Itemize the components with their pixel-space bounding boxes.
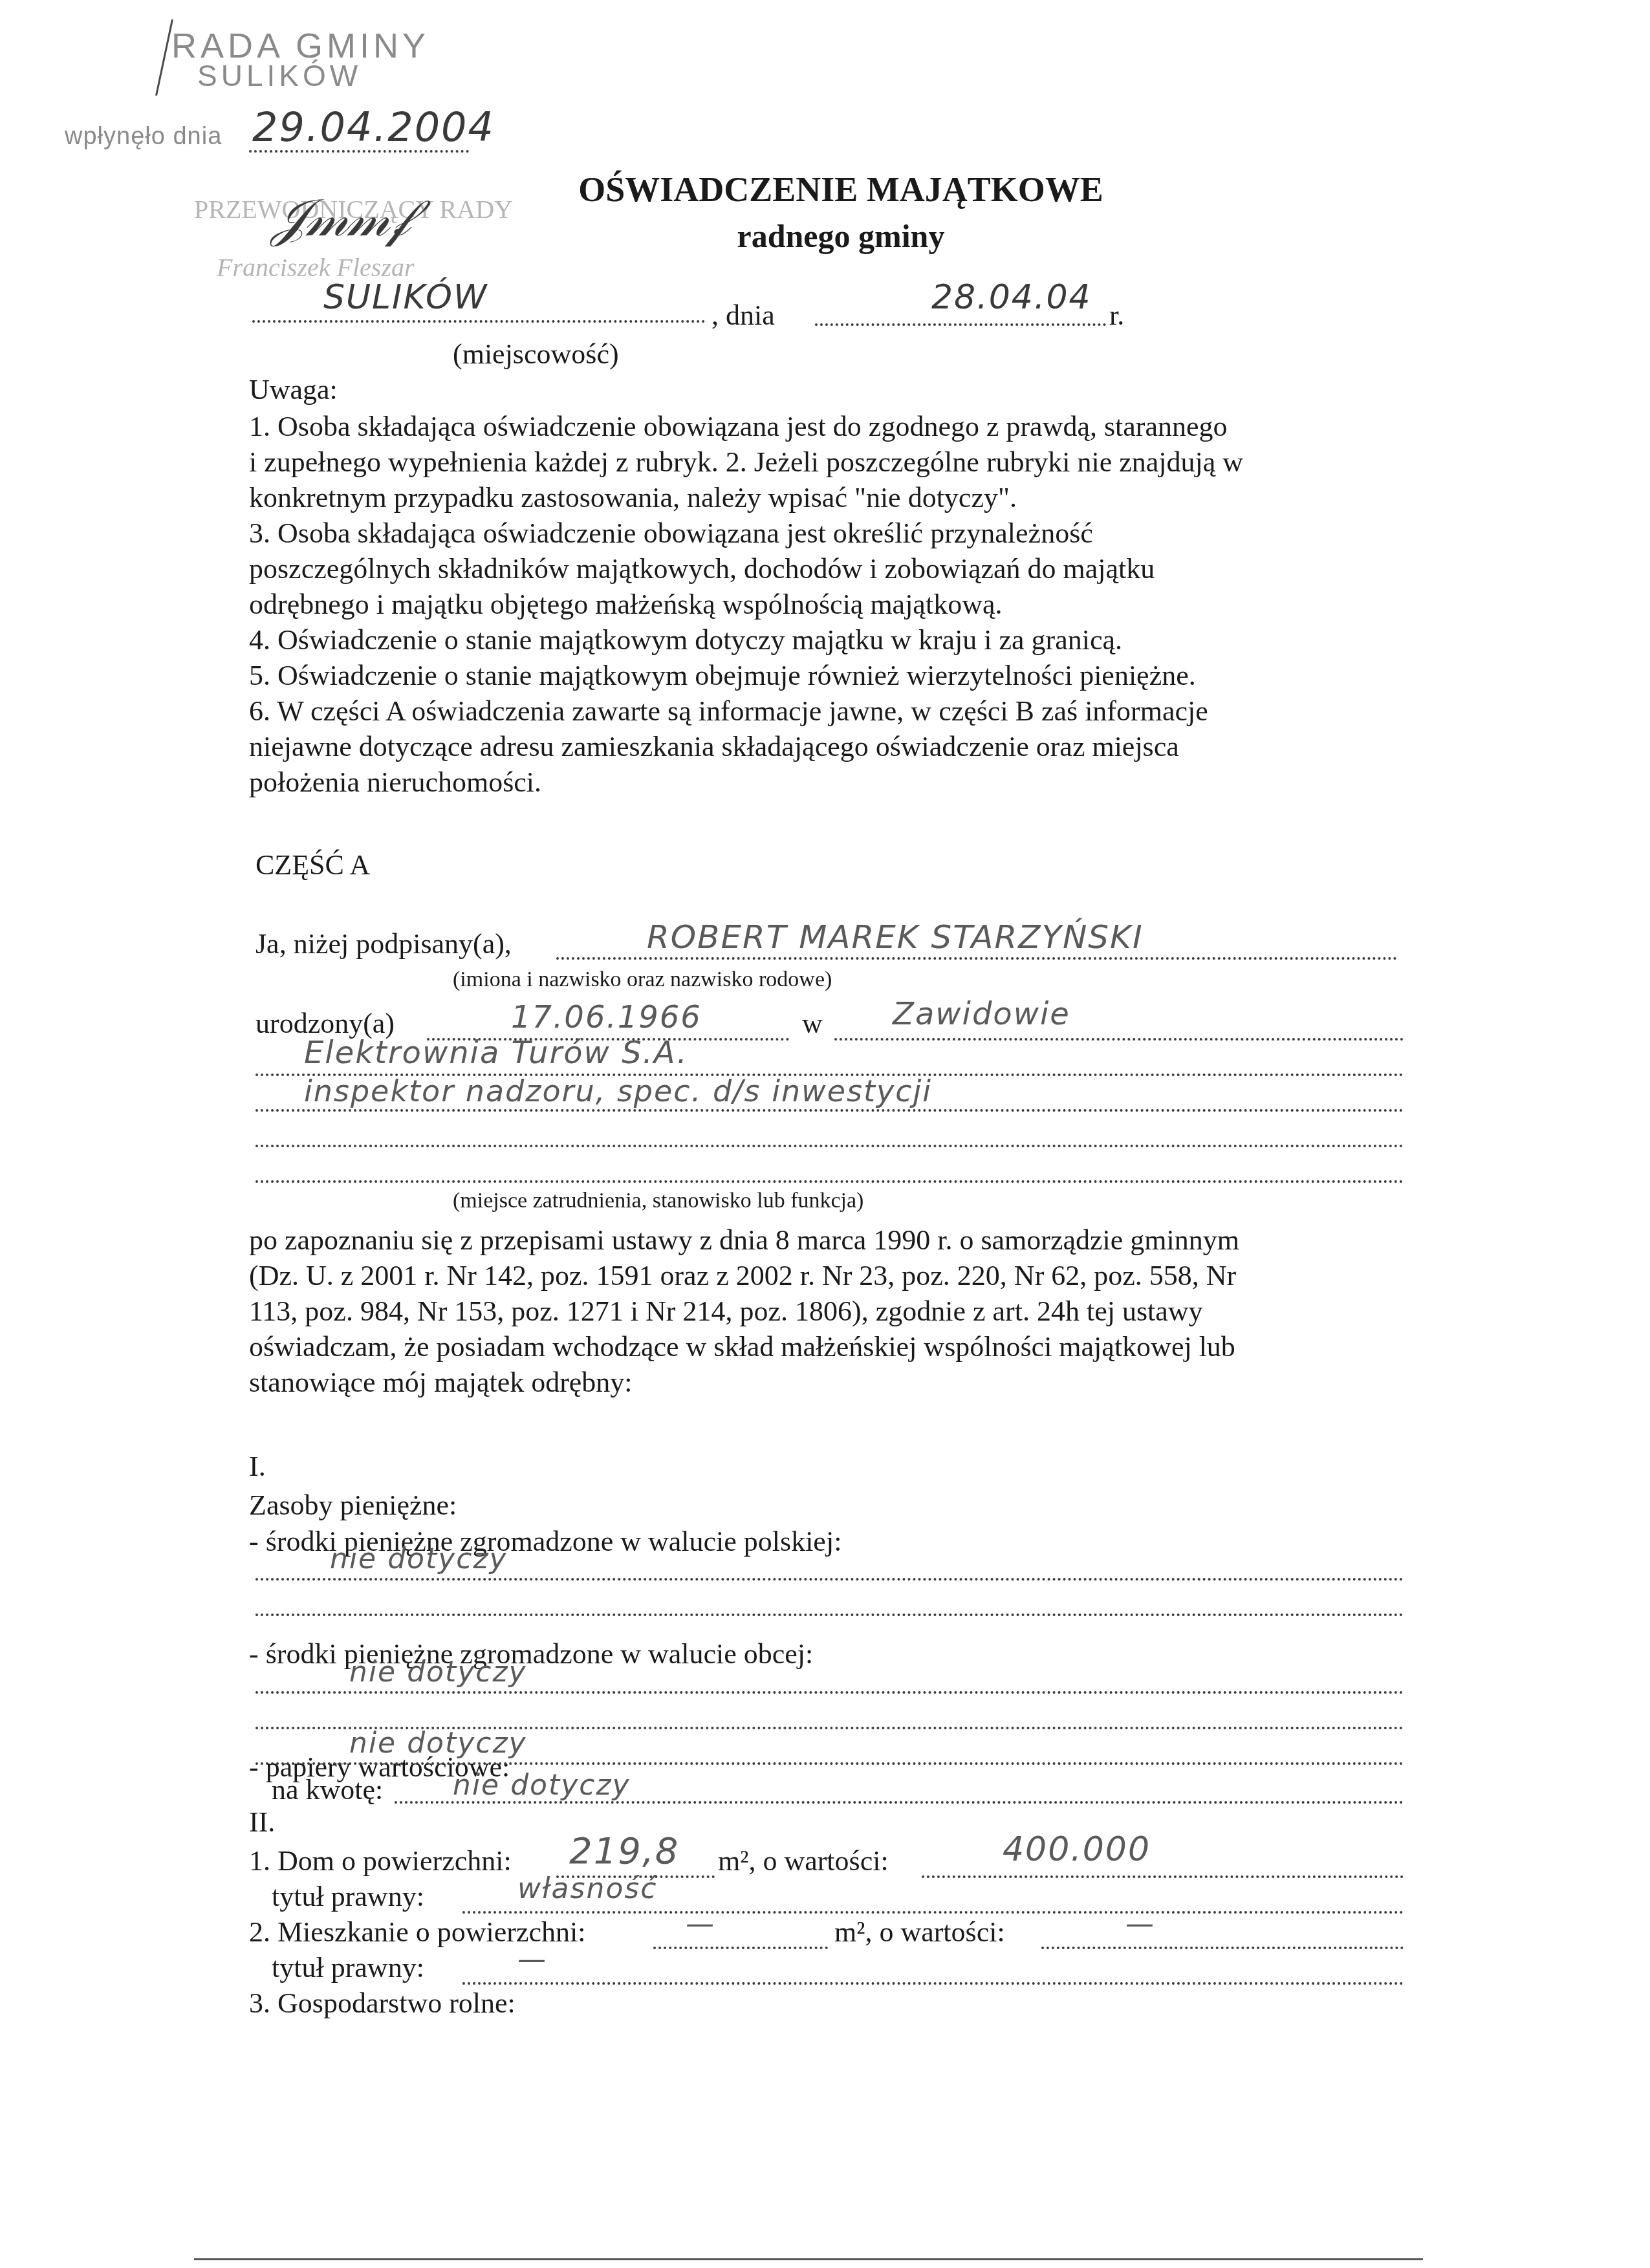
flat-title-value: — [517,1943,547,1976]
amount-label: na kwotę: [272,1772,383,1808]
chair-signature: 𝒥𝓂𝓂𝒻 [272,188,408,248]
date-label: , dnia [711,297,775,333]
employment-value-2: inspektor nadzoru, spec. d/s inwestycji [304,1074,932,1108]
pln-line-2 [255,1614,1404,1616]
house-title-label: tytuł prawny: [272,1879,424,1914]
legal-line: oświadczam, że posiadam wchodzące w skła… [249,1329,1433,1365]
note-line: odrębnego i majątku objętego małżeńską w… [249,587,1433,622]
farm-label: 3. Gospodarstwo rolne: [249,1985,516,2021]
flat-title-label: tytuł prawny: [272,1950,424,1985]
flat-title-line [462,1982,1404,1985]
house-value-line [922,1875,1404,1878]
received-date-line [249,150,469,153]
note-line: 6. W części A oświadczenia zawarte są in… [249,693,1433,729]
section-2-roman: II. [249,1804,275,1840]
legal-line: po zapoznaniu się z przepisami ustawy z … [249,1222,1433,1258]
born-place-value: Zawidowie [893,996,1070,1032]
date-line [815,323,1106,326]
amount-value: nie dotyczy [453,1769,631,1802]
house-label: 1. Dom o powierzchni: [249,1843,512,1879]
note-line: poszczególnych składników majątkowych, d… [249,551,1433,587]
employment-line-4 [255,1180,1404,1183]
part-a-heading: CZĘŚĆ A [255,847,370,883]
flat-area-line [653,1947,828,1949]
legal-line: (Dz. U. z 2001 r. Nr 142, poz. 1591 oraz… [249,1258,1433,1293]
legal-line: 113, poz. 984, Nr 153, poz. 1271 i Nr 21… [249,1293,1433,1329]
born-place-line [834,1038,1404,1041]
securities-value: nie dotyczy [349,1727,527,1760]
stamp-municipality: SULIKÓW [197,58,362,93]
place-caption: (miejscowość) [453,336,619,372]
signed-caption: (imiona i nazwisko oraz nazwisko rodowe) [453,967,832,992]
house-m2-label: m², o wartości: [718,1843,889,1879]
note-line: 4. Oświadczenie o stanie majątkowym doty… [249,622,1433,658]
signed-name-value: ROBERT MAREK STARZYŃSKI [647,918,1144,956]
page-bottom-rule [194,2258,1423,2260]
legal-line: stanowiące mój majątek odrębny: [249,1365,1433,1400]
received-label: wpłynęło dnia [65,123,222,151]
note-line: 3. Osoba składająca oświadczenie obowiąz… [249,515,1433,551]
note-line: 5. Oświadczenie o stanie majątkowym obej… [249,658,1433,693]
house-title-value: własność [517,1872,657,1905]
note-line: niejawne dotyczące adresu zamieszkania s… [249,729,1433,764]
born-in-label: w [802,1006,823,1041]
document-subtitle: radnego gminy [517,217,1164,255]
note-line: i zupełnego wypełnienia każdej z rubryk.… [249,444,1433,480]
foreign-value: nie dotyczy [349,1656,527,1689]
section-1-heading: Zasoby pieniężne: [249,1487,457,1523]
employment-value-1: Elektrownia Turów S.A. [304,1035,688,1071]
securities-line [255,1762,1404,1765]
signed-line [556,957,1397,960]
notes-block: 1. Osoba składająca oświadczenie obowiąz… [249,409,1433,800]
employment-line-3 [255,1145,1404,1147]
house-value: 400.000 [1003,1830,1151,1869]
notes-heading: Uwaga: [249,372,338,407]
place-value: SULIKÓW [323,278,488,317]
foreign-label: - środki pieniężne zgromadzone w walucie… [249,1636,813,1672]
note-line: położenia nieruchomości. [249,764,1433,800]
flat-m2-label: m², o wartości: [834,1914,1005,1950]
place-line [252,320,705,323]
flat-value-line [1041,1947,1404,1949]
date-suffix: r. [1109,297,1124,333]
pln-line-1 [255,1578,1404,1581]
born-date-value: 17.06.1966 [511,999,702,1035]
foreign-line-1 [255,1691,1404,1694]
date-value: 28.04.04 [931,278,1092,317]
note-line: 1. Osoba składająca oświadczenie obowiąz… [249,409,1433,444]
flat-value: — [1125,1908,1155,1941]
received-date: 29.04.2004 [252,103,495,151]
section-1-roman: I. [249,1449,266,1484]
pln-value: nie dotyczy [330,1542,508,1575]
stamp-slash-mark [155,19,173,96]
employment-caption: (miejsce zatrudnienia, stanowisko lub fu… [453,1189,863,1213]
house-title-line [462,1911,1404,1914]
note-line: konkretnym przypadku zastosowania, należ… [249,480,1433,515]
legal-basis-block: po zapoznaniu się z przepisami ustawy z … [249,1222,1433,1400]
signed-label: Ja, niżej podpisany(a), [255,926,512,962]
document-title: OŚWIADCZENIE MAJĄTKOWE [517,169,1164,210]
flat-area-value: — [686,1908,715,1941]
employment-line-2 [255,1109,1404,1112]
house-area-value: 219,8 [569,1830,679,1872]
